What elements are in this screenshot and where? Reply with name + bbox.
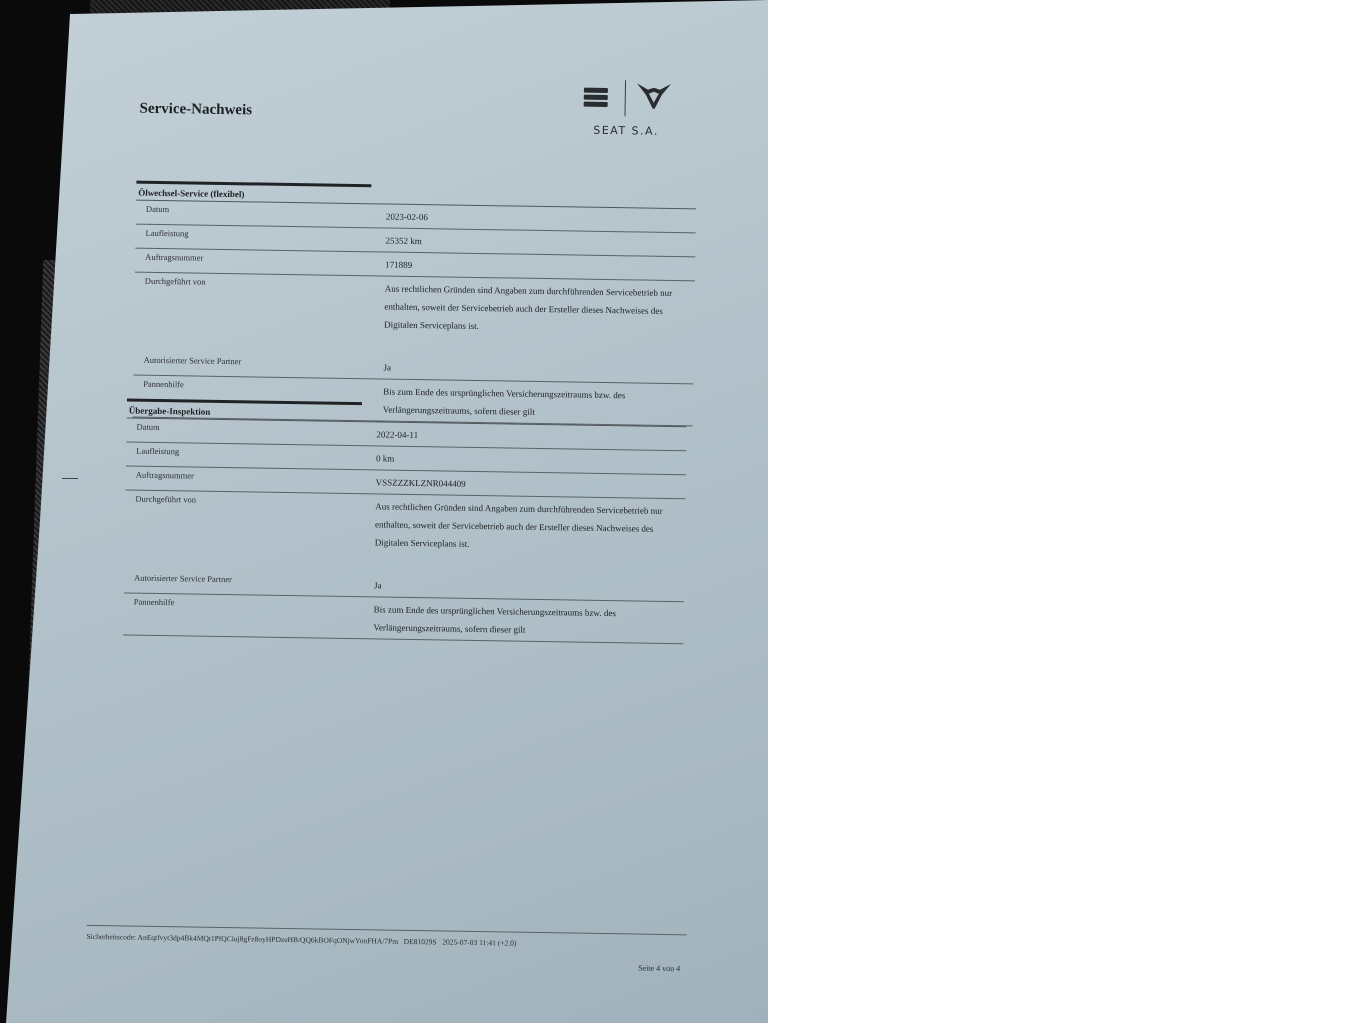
row-value: VSSZZZKLZNR044409 bbox=[376, 470, 686, 498]
row-label: Auftragsnummer bbox=[126, 466, 376, 485]
row-label: Datum bbox=[126, 418, 376, 437]
document-title: Service-Nachweis bbox=[139, 101, 252, 120]
row-value: 2023-02-06 bbox=[386, 205, 696, 233]
section-handover-inspection: Übergabe-Inspektion Datum2022-04-11 Lauf… bbox=[123, 398, 687, 644]
document-footer: Sicherheitscode: AnEqtfvyt3dp4Bk4MQt1PfQ… bbox=[86, 925, 686, 950]
table-row: Durchgeführt vonAus rechtlichen Gründen … bbox=[125, 490, 686, 558]
row-label: Laufleistung bbox=[126, 442, 376, 461]
seat-logo-icon bbox=[584, 88, 608, 108]
section-oil-change: Ölwechsel-Service (flexibel) Datum2023-0… bbox=[133, 181, 697, 427]
row-label: Laufleistung bbox=[135, 225, 385, 244]
security-code-label: Sicherheitscode: bbox=[86, 932, 136, 942]
document-page: Service-Nachweis SEAT S.A. Ölwechsel-Ser… bbox=[86, 80, 710, 989]
row-value: 0 km bbox=[376, 446, 686, 474]
photo-background: Service-Nachweis SEAT S.A. Ölwechsel-Ser… bbox=[0, 0, 768, 1023]
row-value: Ja bbox=[374, 573, 684, 601]
paper-sheet: Service-Nachweis SEAT S.A. Ölwechsel-Ser… bbox=[0, 0, 768, 1023]
company-name: SEAT S.A. bbox=[593, 124, 659, 138]
dealer-code: DE81029S bbox=[404, 937, 437, 947]
row-label: Durchgeführt von bbox=[125, 490, 375, 509]
row-label: Pannenhilfe bbox=[124, 593, 374, 612]
page-number: Seite 4 von 4 bbox=[638, 964, 680, 974]
row-value: Aus rechtlichen Gründen sind Angaben zum… bbox=[375, 494, 686, 558]
brand-logo: SEAT S.A. bbox=[579, 76, 680, 143]
security-code: AnEqtfvyt3dp4Bk4MQt1PfQCiuj8gFz8oyHPDzeH… bbox=[138, 933, 399, 946]
row-label: Auftragsnummer bbox=[135, 249, 385, 268]
row-label: Datum bbox=[136, 201, 386, 220]
row-label: Autorisierter Service Partner bbox=[134, 352, 384, 371]
cupra-logo-icon bbox=[636, 80, 672, 111]
row-label: Autorisierter Service Partner bbox=[124, 569, 374, 588]
row-value: Aus rechtlichen Gründen sind Angaben zum… bbox=[384, 277, 695, 341]
row-value: 25352 km bbox=[385, 229, 695, 257]
row-value: Bis zum Ende des ursprünglichen Versiche… bbox=[373, 597, 684, 643]
logo-divider bbox=[624, 80, 626, 116]
margin-mark bbox=[62, 478, 78, 479]
timestamp: 2025-07-03 11:41 (+2.0) bbox=[442, 937, 516, 947]
table-row: PannenhilfeBis zum Ende des ursprünglich… bbox=[123, 593, 684, 644]
row-value: Ja bbox=[383, 355, 693, 383]
table-row: Durchgeführt vonAus rechtlichen Gründen … bbox=[134, 273, 695, 341]
row-value: 2022-04-11 bbox=[376, 422, 686, 450]
row-label: Pannenhilfe bbox=[133, 376, 383, 395]
row-value: 171889 bbox=[385, 253, 695, 281]
row-label: Durchgeführt von bbox=[135, 273, 385, 292]
